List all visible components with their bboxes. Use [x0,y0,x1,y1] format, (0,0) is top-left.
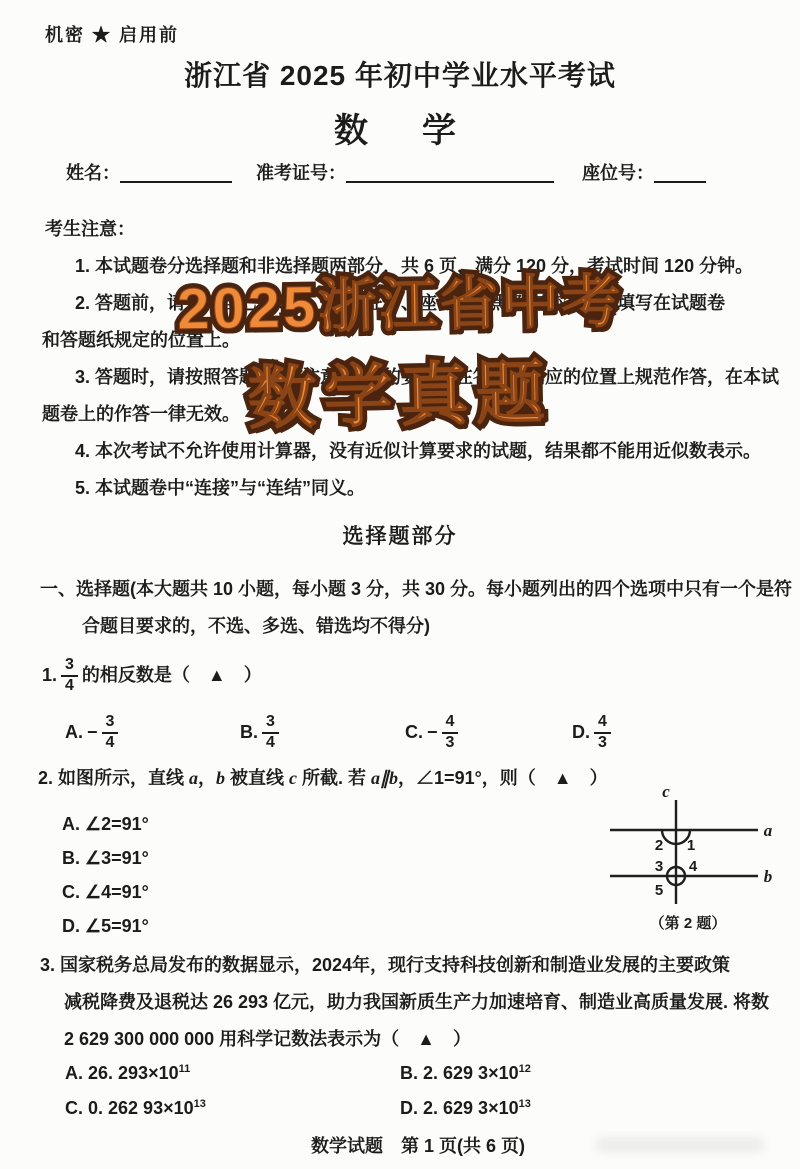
section-heading: 选择题部分 [0,520,800,550]
exam-title: 浙江省 2025 年初中学业水平考试 [0,54,800,94]
faint-scan-smudge [595,1138,765,1152]
label-b: b [764,867,773,886]
name-blank [120,163,232,183]
notice-item-4: 4. 本次考试不允许使用计算器，没有近似计算要求的试题，结果都不能用近似数表示。 [75,441,761,463]
notice-item-1: 1. 本试题卷分选择题和非选择题两部分，共 6 页，满分 120 分，考试时间 … [75,256,753,278]
notice-heading: 考生注意： [45,219,135,241]
q3-option-d: D. 2. 629 3×1013 [400,1098,531,1120]
expr-a-parallel-b: a∥b [371,768,398,788]
section-intro-line2: 合题目要求的，不选、多选、错选均不得分) [82,616,430,638]
subject-title: 数 学 [0,103,800,152]
q1-stem-text: 的相反数是（ ▲ ） [82,665,262,687]
q1-option-b-label: B. [240,722,258,744]
notice-item-3-line1: 3. 答题时，请按照答题纸上“注意事项”的要求，在答题纸相应的位置上规范作答，在… [75,367,779,389]
q3-option-c: C. 0. 262 93×1013 [65,1098,206,1120]
question-1-stem: 1. 3 4 的相反数是（ ▲ ） [42,652,262,700]
q1-option-a: A. − 34 [65,708,118,758]
angle-label-3: 3 [655,858,663,875]
notice-item-2-line1: 2. 答题前，请先将自己的姓名、准考证号、座位号用黑色字迹笔分别填写在试题卷 [75,293,725,315]
q3-option-c-exponent: 13 [194,1098,206,1110]
q1-option-c-fraction: 43 [442,714,459,752]
angle-label-4: 4 [689,858,698,875]
question-2-stem: 2. 如图所示，直线 a，b 被直线 c 所截. 若 a∥b，∠1=91°，则（… [38,768,608,790]
q3-option-a-exponent: 11 [179,1063,191,1075]
notice-item-3-line2: 题卷上的作答一律无效。 [42,404,240,426]
q3-option-b: B. 2. 629 3×1012 [400,1063,531,1085]
seat-label: 座位号： [582,163,654,183]
q1-option-a-fraction: 34 [102,714,119,752]
q1-number: 1. [42,665,57,687]
notice-item-5: 5. 本试题卷中“连接”与“连结”同义。 [75,478,365,500]
ticket-label: 准考证号： [256,163,346,183]
angle-label-2: 2 [655,837,663,854]
notice-item-2-line2: 和答题纸规定的位置上。 [42,330,240,352]
var-a: a [189,768,198,788]
figure-caption: （第 2 题） [650,914,727,932]
name-label: 姓名： [66,163,120,183]
question-3-line1: 3. 国家税务总局发布的数据显示，2024年，现行支持科技创新和制造业发展的主要… [40,955,730,977]
seat-blank [654,163,706,183]
q1-option-b-fraction: 34 [262,714,279,752]
var-b: b [216,768,225,788]
q2-parallel-lines-figure: c a b 2 1 3 4 5 （第 2 题） [598,784,783,936]
q1-option-a-sign: − [87,722,98,744]
label-c: c [662,784,670,801]
q3-option-a: A. 26. 293×1011 [65,1063,190,1085]
angle-label-5: 5 [655,882,663,899]
label-a: a [764,821,773,840]
var-c: c [289,768,297,788]
q1-option-d-fraction: 43 [594,714,611,752]
q1-option-b: B. 34 [240,708,279,758]
q3-option-d-exponent: 13 [519,1098,531,1110]
section-intro-line1: 一、选择题(本大题共 10 小题，每小题 3 分，共 30 分。每小题列出的四个… [40,579,792,601]
question-3-line3: 2 629 300 000 000 用科学记数法表示为（ ▲ ） [64,1029,471,1051]
q2-option-b: B. ∠3=91° [62,848,149,870]
q2-option-d: D. ∠5=91° [62,916,149,938]
q1-fraction: 3 4 [61,657,78,695]
classification-banner: 机密 ★ 启用前 [45,25,179,47]
q1-option-a-label: A. [65,722,83,744]
question-3-line2: 减税降费及退税达 26 293 亿元，助力我国新质生产力加速培育、制造业高质量发… [64,992,769,1014]
q2-option-c: C. ∠4=91° [62,882,149,904]
angle-label-1: 1 [687,837,695,854]
exam-paper-page: 机密 ★ 启用前 浙江省 2025 年初中学业水平考试 数 学 姓名： 准考证号… [0,0,800,1169]
q1-option-d-label: D. [572,722,590,744]
q2-option-a: A. ∠2=91° [62,814,149,836]
q1-option-c-sign: − [427,722,438,744]
q1-option-d: D. 43 [572,708,611,758]
ticket-blank [346,163,554,183]
candidate-fields: 姓名： 准考证号： 座位号： [66,163,706,185]
q1-option-c: C. − 43 [405,708,458,758]
q3-option-b-exponent: 12 [519,1063,531,1075]
q1-option-c-label: C. [405,722,423,744]
